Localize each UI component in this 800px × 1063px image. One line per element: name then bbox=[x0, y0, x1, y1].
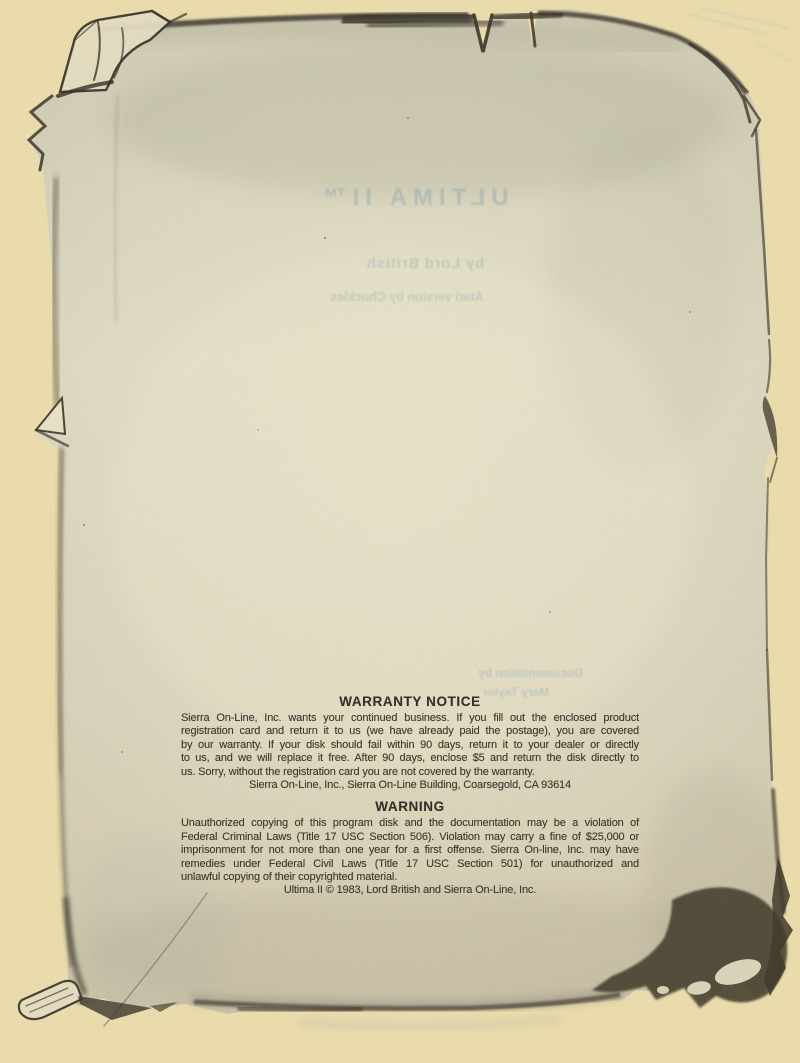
warning-line: unlawful copying of their copyrighted ma… bbox=[181, 871, 639, 884]
warranty-line: by our warranty. If your disk should fai… bbox=[181, 739, 639, 752]
warranty-line: registration card and return it to us (w… bbox=[181, 725, 639, 738]
warning-line: Unauthorized copying of this program dis… bbox=[181, 817, 639, 830]
company-address: Sierra On-Line, Inc., Sierra On-Line Bui… bbox=[181, 779, 639, 792]
warranty-notice-heading: WARRANTY NOTICE bbox=[181, 695, 639, 709]
warranty-line: to us, and we will replace it free. Afte… bbox=[181, 752, 639, 765]
ghost-title-text: ULTIMA II™ bbox=[270, 184, 555, 212]
warning-line: imprisonment for not more than one year … bbox=[181, 844, 639, 857]
warning-line: remedies under Federal Civil Laws (Title… bbox=[181, 858, 639, 871]
legal-text-block: WARRANTY NOTICE Sierra On-Line, Inc. wan… bbox=[181, 695, 639, 898]
warning-line: Federal Criminal Laws (Title 17 USC Sect… bbox=[181, 831, 639, 844]
parchment-illustration bbox=[0, 0, 800, 1063]
warranty-line: Sierra On-Line, Inc. wants your continue… bbox=[181, 712, 639, 725]
warning-heading: WARNING bbox=[181, 800, 639, 814]
ghost-version-text: Atari version by Chuckles bbox=[293, 290, 521, 304]
scanned-manual-back-cover: ULTIMA II™ by Lord British Atari version… bbox=[0, 0, 800, 1063]
warranty-line: us. Sorry, without the registration card… bbox=[181, 766, 639, 779]
ghost-credit-line1: Documentation by bbox=[468, 666, 593, 680]
ghost-byline-text: by Lord British bbox=[330, 256, 520, 272]
copyright-line: Ultima II © 1983, Lord British and Sierr… bbox=[181, 884, 639, 897]
